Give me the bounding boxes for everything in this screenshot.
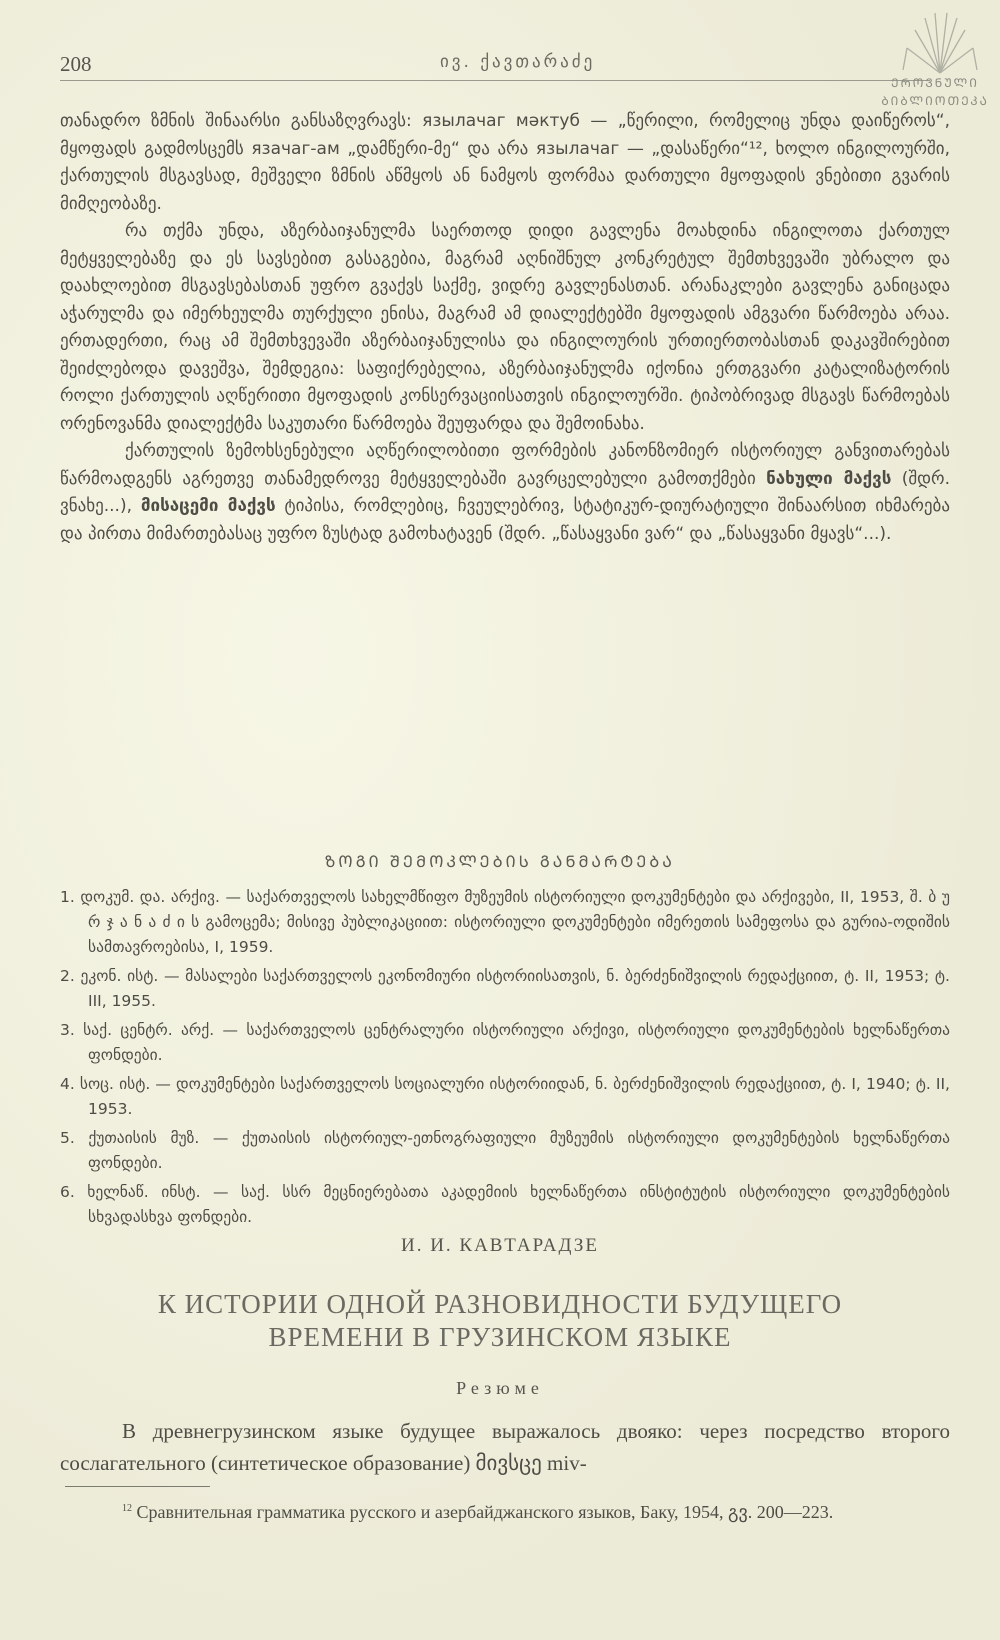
logo-text-line1: ᲔᲠᲝᲕᲜᲣᲚᲘ (875, 74, 995, 91)
summary-paragraph: В древнегрузинском языке будущее выражал… (60, 1415, 950, 1479)
abbreviation-item: 3. საქ. ცენტრ. არქ. — საქართველოს ცენტრა… (60, 1018, 950, 1068)
main-text: თანადრო ზმნის შინაარსი განსაზღვრავს: язы… (60, 108, 950, 548)
logo-text-line2: ᲑᲘᲑᲚᲘᲝᲗᲔᲙᲐ (875, 92, 995, 109)
paragraph-3-bold-a: ნახული მაქვს (766, 469, 891, 489)
abbreviation-item: 2. ეკონ. ისტ. — მასალები საქართველოს ეკო… (60, 964, 950, 1014)
article-title-line-1: К ИСТОРИИ ОДНОЙ РАЗНОВИДНОСТИ БУДУЩЕГО (0, 1288, 1000, 1321)
library-logo: ᲔᲠᲝᲕᲜᲣᲚᲘ ᲑᲘᲑᲚᲘᲝᲗᲔᲙᲐ (865, 8, 995, 108)
abbreviation-item: 5. ქუთაისის მუზ. — ქუთაისის ისტორიულ-ეთნ… (60, 1126, 950, 1176)
footnote-text: Сравнительная грамматика русского и азер… (137, 1502, 834, 1522)
resume-label: Резюме (0, 1378, 1000, 1399)
paragraph-2: რა თქმა უნდა, აზერბაიჯანულმა საერთოდ დიდ… (60, 218, 950, 438)
header-rule (60, 80, 930, 81)
page-number: 208 (60, 52, 92, 77)
abbreviation-item: 4. სოც. ისტ. — დოკუმენტები საქართველოს ს… (60, 1072, 950, 1122)
footnote-rule (65, 1486, 210, 1487)
paragraph-3: ქართულის ზემოხსენებული აღწერილობითი ფორმ… (60, 438, 950, 548)
page-header: 208 ივ. ქავთარაძე (60, 48, 910, 78)
abbreviation-item: 1. დოკუმ. და. არქივ. — საქართველოს სახელ… (60, 885, 950, 960)
article-title: К ИСТОРИИ ОДНОЙ РАЗНОВИДНОСТИ БУДУЩЕГО В… (0, 1288, 1000, 1354)
abbreviations-title: ᲖᲝᲒᲘ ᲨᲔᲛᲝᲙᲚᲔᲑᲘᲡ ᲒᲐᲜᲛᲐᲠᲢᲔᲑᲐ (0, 850, 1000, 872)
footnote: 12 Сравнительная грамматика русского и а… (60, 1496, 950, 1525)
abbreviations-list: 1. დოკუმ. და. არქივ. — საქართველოს სახელ… (60, 885, 950, 1234)
document-page: 208 ივ. ქავთარაძე ᲔᲠᲝᲕᲜᲣᲚᲘ ᲑᲘᲑᲚᲘᲝᲗᲔᲙᲐ თა… (0, 0, 1000, 1640)
summary-text: В древнегрузинском языке будущее выражал… (60, 1415, 950, 1479)
footnote-marker: 12 (122, 1503, 132, 1514)
abbreviation-item: 6. ხელნაწ. ინსტ. — საქ. სსრ მეცნიერებათა… (60, 1180, 950, 1230)
paragraph-3-bold-b: მისაცემი მაქვს (141, 496, 276, 516)
article-title-line-2: ВРЕМЕНИ В ГРУЗИНСКОМ ЯЗЫКЕ (0, 1321, 1000, 1354)
open-book-icon (895, 8, 985, 78)
article-author: И. И. КАВТАРАДЗЕ (0, 1235, 1000, 1257)
paragraph-1: თანადრო ზმნის შინაარსი განსაზღვრავს: язы… (60, 108, 950, 218)
running-head: ივ. ქავთარაძე (440, 52, 595, 72)
